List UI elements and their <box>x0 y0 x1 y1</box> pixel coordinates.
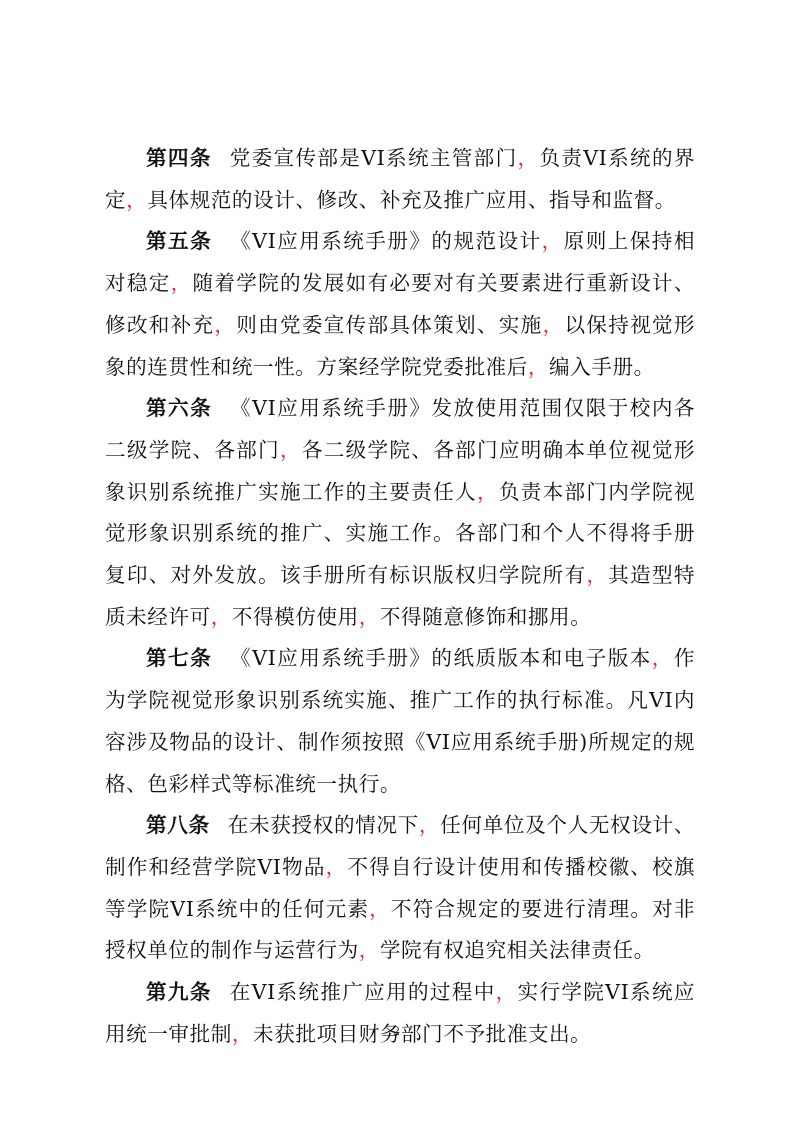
red-comma: ， <box>214 313 236 337</box>
article-label: 第四条 <box>146 146 212 170</box>
article-text: 不得随意修饰和挪用。 <box>380 605 591 629</box>
red-comma: ， <box>542 229 564 253</box>
red-comma: ， <box>326 855 348 879</box>
document-body: 第四条党委宣传部是VI系统主管部门，负责VI系统的界定，具体规范的设计、修改、补… <box>105 138 695 1055</box>
red-comma: ， <box>211 605 232 629</box>
article-text: 在VI系统推广应用的过程中 <box>230 980 496 1004</box>
article-5: 第五条《VI应用系统手册》的规范设计，原则上保持相对稳定，随着学院的发展如有必要… <box>105 221 695 388</box>
article-text: 党委宣传部是VI系统主管部门 <box>230 146 518 170</box>
red-comma: ， <box>359 605 380 629</box>
article-4: 第四条党委宣传部是VI系统主管部门，负责VI系统的界定，具体规范的设计、修改、补… <box>105 138 695 221</box>
article-text: 《VI应用系统手册》的规范设计 <box>230 229 541 253</box>
article-8: 第八条在未获授权的情况下，任何单位及个人无权设计、制作和经营学院VI物品，不得自… <box>105 805 695 972</box>
red-comma: ， <box>652 646 674 670</box>
red-comma: ， <box>419 813 440 837</box>
article-text: 具体规范的设计、修改、补充及推广应用、指导和监督。 <box>147 188 676 212</box>
article-9: 第九条在VI系统推广应用的过程中，实行学院VI系统应用统一审批制，未获批项目财务… <box>105 972 695 1055</box>
article-label: 第九条 <box>146 980 212 1004</box>
red-comma: ， <box>543 313 565 337</box>
red-comma: ， <box>496 980 518 1004</box>
article-7: 第七条《VI应用系统手册》的纸质版本和电子版本，作为学院视觉形象识别系统实施、推… <box>105 638 695 805</box>
red-comma: ， <box>369 897 391 921</box>
red-comma: ， <box>586 563 608 587</box>
red-comma: ， <box>518 146 540 170</box>
article-text: 编入手册。 <box>549 355 655 379</box>
article-text: 则由党委宣传部具体策划、实施 <box>236 313 542 337</box>
article-label: 第五条 <box>146 229 212 253</box>
red-comma: ， <box>528 355 549 379</box>
article-text: 学院有权追究相关法律责任。 <box>380 938 655 962</box>
article-label: 第六条 <box>146 396 212 420</box>
article-label: 第七条 <box>146 646 212 670</box>
red-comma: ， <box>359 938 380 962</box>
article-text: 《VI应用系统手册》的纸质版本和电子版本 <box>230 646 652 670</box>
red-comma: ， <box>477 480 499 504</box>
article-text: 在未获授权的情况下 <box>228 813 419 837</box>
red-comma: ， <box>126 188 147 212</box>
red-comma: ， <box>171 271 193 295</box>
red-comma: ， <box>280 438 302 462</box>
article-label: 第八条 <box>146 813 210 837</box>
page-number: 2 <box>0 1023 793 1039</box>
article-6: 第六条《VI应用系统手册》发放使用范围仅限于校内各二级学院、各部门，各二级学院、… <box>105 388 695 638</box>
article-text: 不得模仿使用 <box>232 605 359 629</box>
